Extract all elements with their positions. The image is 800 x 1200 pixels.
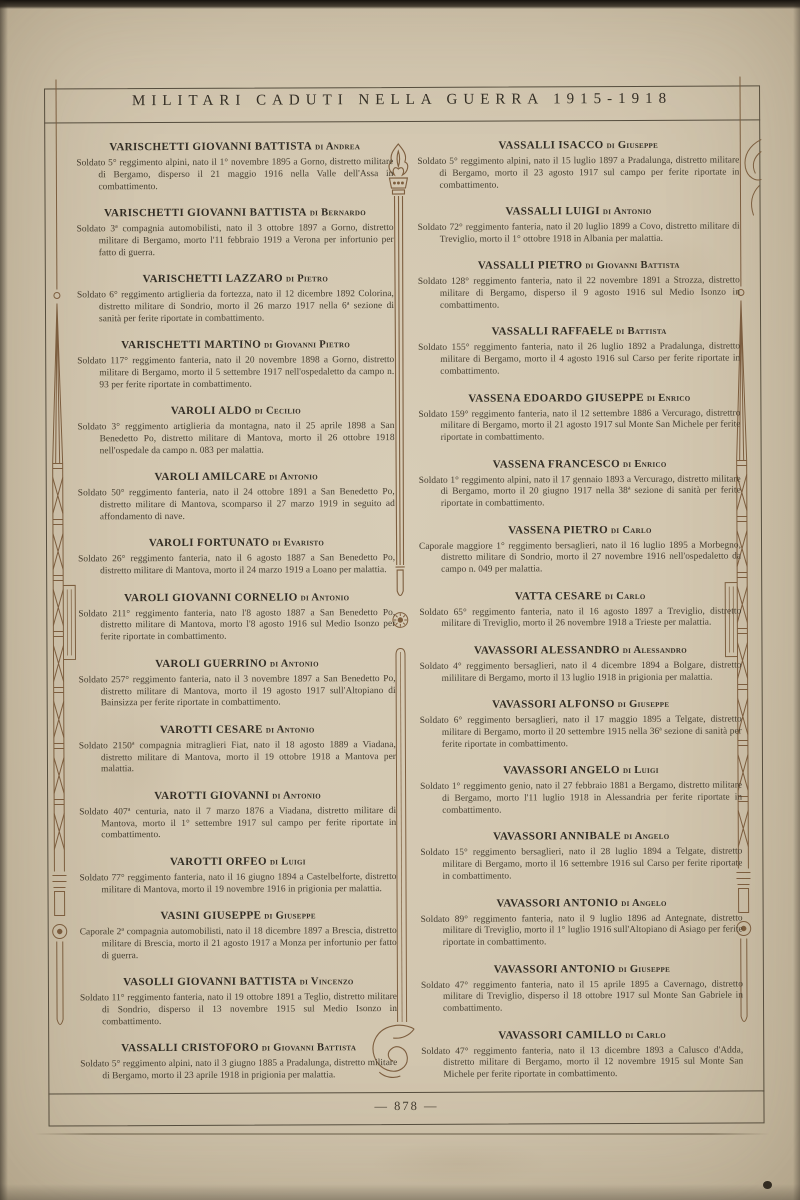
soldier-entry: VAVASSORI ANTONIO di AngeloSoldato 89° r… bbox=[421, 896, 743, 950]
soldier-entry: VAROTTI CESARE di AntonioSoldato 2150ª c… bbox=[79, 723, 396, 777]
soldier-surname-names: VAROLI ALDO bbox=[171, 405, 252, 417]
soldier-record-text: Soldato 159° reggimento fanteria, nato i… bbox=[418, 408, 740, 445]
soldier-filiation: di Antonio bbox=[600, 206, 652, 217]
soldier-surname-names: VAROLI GUERRINO bbox=[155, 657, 267, 669]
soldier-surname-names: VAROLI AMILCARE bbox=[154, 471, 266, 483]
soldier-surname-names: VASSALLI PIETRO bbox=[478, 260, 583, 272]
soldier-entry: VAVASSORI ANNIBALE di AngeloSoldato 15° … bbox=[420, 830, 742, 884]
soldier-name-heading: VAVASSORI ANTONIO di Giuseppe bbox=[421, 962, 743, 975]
soldier-surname-names: VASSENA FRANCESCO bbox=[493, 458, 620, 471]
soldier-entry: VAVASSORI ANGELO di LuigiSoldato 1° regg… bbox=[420, 764, 742, 818]
soldier-surname-names: VASOLLI GIOVANNI BATTISTA bbox=[123, 976, 297, 989]
scanned-page-photo: MILITARI CADUTI NELLA GUERRA 1915-1918 bbox=[0, 0, 800, 1200]
soldier-record-text: Soldato 257° reggimento fanteria, nato i… bbox=[79, 674, 396, 711]
photo-bottom-edge bbox=[0, 1184, 800, 1200]
soldier-name-heading: VAROLI GIOVANNI CORNELIO di Antonio bbox=[78, 591, 395, 604]
soldier-record-text: Soldato 128° reggimento fanteria, nato i… bbox=[418, 276, 740, 313]
book-page: MILITARI CADUTI NELLA GUERRA 1915-1918 bbox=[0, 0, 800, 1200]
page-title: MILITARI CADUTI NELLA GUERRA 1915-1918 bbox=[44, 90, 760, 110]
soldier-name-heading: VAROTTI GIOVANNI di Antonio bbox=[79, 789, 396, 802]
soldier-filiation: di Antonio bbox=[263, 724, 315, 735]
soldier-name-heading: VASSENA PIETRO di Carlo bbox=[419, 523, 741, 536]
soldier-name-heading: VAVASSORI ALESSANDRO di Alessandro bbox=[419, 644, 741, 657]
soldier-name-heading: VASINI GIUSEPPE di Giuseppe bbox=[80, 909, 397, 922]
soldier-name-heading: VASSENA EDOARDO GIUSEPPE di Enrico bbox=[418, 391, 740, 404]
page-edge-shadow bbox=[34, 1133, 770, 1135]
soldier-record-text: Soldato 26° reggimento fanteria, nato il… bbox=[78, 553, 395, 578]
soldier-name-heading: VAVASSORI ANNIBALE di Angelo bbox=[420, 830, 742, 843]
soldier-surname-names: VAROLI GIOVANNI CORNELIO bbox=[124, 591, 298, 604]
soldier-surname-names: VAVASSORI ALESSANDRO bbox=[474, 644, 620, 657]
soldier-name-heading: VARISCHETTI LAZZARO di Pietro bbox=[77, 272, 394, 285]
soldier-name-heading: VAROTTI ORFEO di Luigi bbox=[79, 855, 396, 868]
soldier-surname-names: VAVASSORI ANNIBALE bbox=[493, 830, 621, 843]
soldier-record-text: Soldato 5° reggimento alpini, nato il 1°… bbox=[76, 157, 393, 194]
soldier-entry: VAROLI AMILCARE di AntonioSoldato 50° re… bbox=[78, 470, 395, 524]
soldier-surname-names: VARISCHETTI GIOVANNI BATTISTA bbox=[109, 140, 312, 153]
soldier-filiation: di Angelo bbox=[621, 831, 669, 842]
soldier-record-text: Soldato 155° reggimento fanteria, nato i… bbox=[418, 342, 740, 379]
soldier-record-text: Caporale 2ª compagnia automobilisti, nat… bbox=[80, 926, 397, 963]
soldier-filiation: di Giovanni Battista bbox=[582, 260, 679, 271]
soldier-filiation: di Luigi bbox=[267, 856, 306, 867]
soldier-surname-names: VAROLI FORTUNATO bbox=[149, 537, 270, 550]
soldier-entry: VASINI GIUSEPPE di GiuseppeCaporale 2ª c… bbox=[80, 909, 397, 963]
soldier-record-text: Soldato 15° reggimento bersaglieri, nato… bbox=[420, 847, 742, 884]
soldier-filiation: di Antonio bbox=[267, 658, 319, 669]
soldier-record-text: Soldato 5° reggimento alpini, nato il 3 … bbox=[80, 1058, 397, 1083]
soldier-record-text: Soldato 3° reggimento artiglieria da mon… bbox=[77, 421, 394, 458]
soldier-surname-names: VAVASSORI ANTONIO bbox=[494, 963, 616, 976]
soldier-name-heading: VAROLI AMILCARE di Antonio bbox=[78, 470, 395, 483]
soldier-record-text: Soldato 47° reggimento fanteria, nato il… bbox=[421, 1045, 743, 1082]
left-column: VARISCHETTI GIOVANNI BATTISTA di AndreaS… bbox=[76, 140, 397, 1089]
soldier-filiation: di Giovanni Battista bbox=[259, 1043, 356, 1054]
soldier-entry: VASSALLI CRISTOFORO di Giovanni Battista… bbox=[80, 1041, 397, 1083]
soldier-filiation: di Evaristo bbox=[269, 538, 324, 549]
soldier-name-heading: VASSALLI LUIGI di Antonio bbox=[418, 205, 740, 218]
soldier-surname-names: VASSALLI CRISTOFORO bbox=[121, 1042, 259, 1055]
soldier-entry: VARISCHETTI GIOVANNI BATTISTA di AndreaS… bbox=[76, 140, 393, 194]
soldier-filiation: di Giuseppe bbox=[616, 963, 671, 974]
right-column: VASSALLI ISACCO di GiuseppeSoldato 5° re… bbox=[417, 139, 743, 1088]
soldier-filiation: di Giuseppe bbox=[615, 699, 670, 710]
soldier-filiation: di Battista bbox=[613, 326, 666, 337]
soldier-filiation: di Luigi bbox=[620, 765, 659, 776]
soldier-entry: VATTA CESARE di CarloSoldato 65° reggime… bbox=[419, 589, 741, 631]
soldier-surname-names: VAROTTI CESARE bbox=[160, 723, 263, 735]
soldier-surname-names: VAVASSORI ANGELO bbox=[503, 764, 620, 777]
soldier-name-heading: VASSALLI CRISTOFORO di Giovanni Battista bbox=[80, 1041, 397, 1054]
soldier-record-text: Soldato 6° reggimento bersaglieri, nato … bbox=[420, 715, 742, 752]
soldier-name-heading: VAROLI ALDO di Cecilio bbox=[77, 404, 394, 417]
soldier-name-heading: VATTA CESARE di Carlo bbox=[419, 589, 741, 602]
soldier-entry: VAVASSORI ALFONSO di GiuseppeSoldato 6° … bbox=[420, 698, 742, 752]
soldier-entry: VASSENA FRANCESCO di EnricoSoldato 1° re… bbox=[419, 457, 741, 511]
soldier-record-text: Soldato 72° reggimento fanteria, nato il… bbox=[418, 222, 740, 247]
soldier-surname-names: VATTA CESARE bbox=[515, 590, 602, 602]
soldier-entry: VASSENA PIETRO di CarloCaporale maggiore… bbox=[419, 523, 741, 577]
soldier-record-text: Soldato 89° reggimento fanteria, nato il… bbox=[421, 913, 743, 950]
soldier-surname-names: VARISCHETTI GIOVANNI BATTISTA bbox=[104, 206, 307, 219]
soldier-name-heading: VAVASSORI ANGELO di Luigi bbox=[420, 764, 742, 777]
soldier-record-text: Soldato 77° reggimento fanteria, nato il… bbox=[79, 872, 396, 897]
soldier-surname-names: VAVASSORI ALFONSO bbox=[492, 698, 615, 711]
soldier-filiation: di Alessandro bbox=[620, 645, 687, 656]
soldier-entry: VAROLI GUERRINO di AntonioSoldato 257° r… bbox=[79, 657, 396, 711]
soldier-record-text: Soldato 3ª compagnia automobilisti, nato… bbox=[77, 223, 394, 260]
soldier-entry: VASSALLI PIETRO di Giovanni BattistaSold… bbox=[418, 259, 740, 313]
soldier-filiation: di Enrico bbox=[620, 458, 667, 469]
soldier-surname-names: VARISCHETTI LAZZARO bbox=[143, 273, 283, 286]
soldier-record-text: Soldato 47° reggimento fanteria, nato il… bbox=[421, 979, 743, 1016]
soldier-filiation: di Carlo bbox=[608, 525, 652, 536]
soldier-record-text: Soldato 50° reggimento fanteria, nato il… bbox=[78, 487, 395, 524]
soldier-entry: VARISCHETTI MARTINO di Giovanni PietroSo… bbox=[77, 338, 394, 392]
soldier-name-heading: VARISCHETTI MARTINO di Giovanni Pietro bbox=[77, 338, 394, 351]
soldier-filiation: di Giovanni Pietro bbox=[261, 339, 350, 350]
soldier-surname-names: VARISCHETTI MARTINO bbox=[121, 339, 261, 352]
soldier-name-heading: VARISCHETTI GIOVANNI BATTISTA di Bernard… bbox=[77, 206, 394, 219]
soldier-entry: VASSALLI RAFFAELE di BattistaSoldato 155… bbox=[418, 325, 740, 379]
soldier-record-text: Soldato 5° reggimento alpini, nato il 15… bbox=[417, 156, 739, 193]
soldier-entry: VAROTTI ORFEO di LuigiSoldato 77° reggim… bbox=[79, 855, 396, 897]
soldier-entry: VARISCHETTI LAZZARO di PietroSoldato 6° … bbox=[77, 272, 394, 326]
page-number: — 878 — bbox=[48, 1097, 764, 1115]
soldier-filiation: di Carlo bbox=[602, 591, 646, 602]
photo-top-edge bbox=[0, 0, 800, 9]
soldier-entry: VASSENA EDOARDO GIUSEPPE di EnricoSoldat… bbox=[418, 391, 740, 445]
soldier-entry: VAVASSORI CAMILLO di CarloSoldato 47° re… bbox=[421, 1028, 743, 1082]
soldier-name-heading: VAVASSORI CAMILLO di Carlo bbox=[421, 1028, 743, 1041]
soldier-surname-names: VASSALLI ISACCO bbox=[498, 139, 603, 151]
soldier-name-heading: VASOLLI GIOVANNI BATTISTA di Vincenzo bbox=[80, 975, 397, 988]
soldier-entry: VARISCHETTI GIOVANNI BATTISTA di Bernard… bbox=[77, 206, 394, 260]
soldier-entry: VAROLI ALDO di CecilioSoldato 3° reggime… bbox=[77, 404, 394, 458]
soldier-record-text: Soldato 4° reggimento bersaglieri, nato … bbox=[420, 661, 742, 686]
soldier-name-heading: VAROLI GUERRINO di Antonio bbox=[79, 657, 396, 670]
soldier-record-text: Soldato 1° reggimento alpini, nato il 17… bbox=[419, 474, 741, 511]
soldier-record-text: Soldato 6° reggimento artiglieria da for… bbox=[77, 289, 394, 326]
soldier-surname-names: VAROTTI GIOVANNI bbox=[154, 789, 269, 802]
photo-left-edge bbox=[0, 0, 8, 1200]
soldier-entry: VAROLI FORTUNATO di EvaristoSoldato 26° … bbox=[78, 536, 395, 578]
soldier-name-heading: VASSALLI RAFFAELE di Battista bbox=[418, 325, 740, 338]
soldier-surname-names: VASINI GIUSEPPE bbox=[160, 910, 261, 922]
soldier-filiation: di Giuseppe bbox=[604, 140, 659, 151]
soldier-entry: VAROTTI GIOVANNI di AntonioSoldato 407ª … bbox=[79, 789, 396, 843]
soldier-name-heading: VASSALLI ISACCO di Giuseppe bbox=[417, 139, 739, 152]
soldier-name-heading: VAVASSORI ANTONIO di Angelo bbox=[421, 896, 743, 909]
soldier-name-heading: VASSENA FRANCESCO di Enrico bbox=[419, 457, 741, 470]
soldier-name-heading: VARISCHETTI GIOVANNI BATTISTA di Andrea bbox=[76, 140, 393, 153]
soldier-filiation: di Andrea bbox=[312, 141, 360, 152]
ink-speck bbox=[763, 1181, 772, 1189]
soldier-record-text: Caporale maggiore 1° reggimento bersagli… bbox=[419, 540, 741, 577]
soldier-entry: VASOLLI GIOVANNI BATTISTA di VincenzoSol… bbox=[80, 975, 397, 1029]
soldier-record-text: Soldato 117° reggimento fanteria, nato i… bbox=[77, 355, 394, 392]
soldier-record-text: Soldato 11° reggimento fanteria, nato il… bbox=[80, 992, 397, 1029]
soldier-surname-names: VAROTTI ORFEO bbox=[170, 856, 267, 868]
soldier-filiation: di Vincenzo bbox=[297, 977, 354, 988]
soldier-filiation: di Antonio bbox=[266, 472, 318, 483]
soldier-record-text: Soldato 407ª centuria, nato il 7 marzo 1… bbox=[79, 806, 396, 843]
soldier-record-text: Soldato 2150ª compagnia mitraglieri Fiat… bbox=[79, 740, 396, 777]
soldier-surname-names: VASSENA EDOARDO GIUSEPPE bbox=[468, 391, 644, 404]
soldier-name-heading: VASSALLI PIETRO di Giovanni Battista bbox=[418, 259, 740, 272]
soldier-entry: VAVASSORI ALESSANDRO di AlessandroSoldat… bbox=[419, 644, 741, 686]
soldier-filiation: di Bernardo bbox=[307, 207, 366, 218]
soldier-record-text: Soldato 65° reggimento fanteria, nato il… bbox=[419, 606, 741, 631]
soldier-filiation: di Enrico bbox=[644, 392, 691, 403]
soldier-filiation: di Antonio bbox=[269, 790, 321, 801]
soldier-name-heading: VAROLI FORTUNATO di Evaristo bbox=[78, 536, 395, 549]
soldier-filiation: di Angelo bbox=[618, 897, 666, 908]
soldier-filiation: di Cecilio bbox=[252, 406, 301, 417]
photo-right-edge bbox=[793, 0, 800, 1200]
soldier-name-heading: VAVASSORI ALFONSO di Giuseppe bbox=[420, 698, 742, 711]
soldier-record-text: Soldato 211° reggimento fanteria, nato l… bbox=[78, 608, 395, 645]
soldier-entry: VAROLI GIOVANNI CORNELIO di AntonioSolda… bbox=[78, 591, 395, 645]
soldier-entry: VASSALLI ISACCO di GiuseppeSoldato 5° re… bbox=[417, 139, 739, 193]
soldier-entry: VASSALLI LUIGI di AntonioSoldato 72° reg… bbox=[418, 205, 740, 247]
soldier-entry: VAVASSORI ANTONIO di GiuseppeSoldato 47°… bbox=[421, 962, 743, 1016]
soldier-filiation: di Antonio bbox=[298, 592, 350, 603]
soldier-surname-names: VAVASSORI CAMILLO bbox=[498, 1029, 622, 1042]
soldier-surname-names: VAVASSORI ANTONIO bbox=[496, 897, 618, 910]
soldier-surname-names: VASSALLI LUIGI bbox=[505, 205, 599, 217]
soldier-surname-names: VASSALLI RAFFAELE bbox=[492, 326, 614, 339]
soldier-name-heading: VAROTTI CESARE di Antonio bbox=[79, 723, 396, 736]
soldier-filiation: di Pietro bbox=[283, 273, 328, 284]
soldier-filiation: di Carlo bbox=[622, 1029, 666, 1040]
soldier-surname-names: VASSENA PIETRO bbox=[508, 524, 608, 536]
soldier-record-text: Soldato 1° reggimento genio, nato il 27 … bbox=[420, 781, 742, 818]
soldier-filiation: di Giuseppe bbox=[261, 911, 316, 922]
